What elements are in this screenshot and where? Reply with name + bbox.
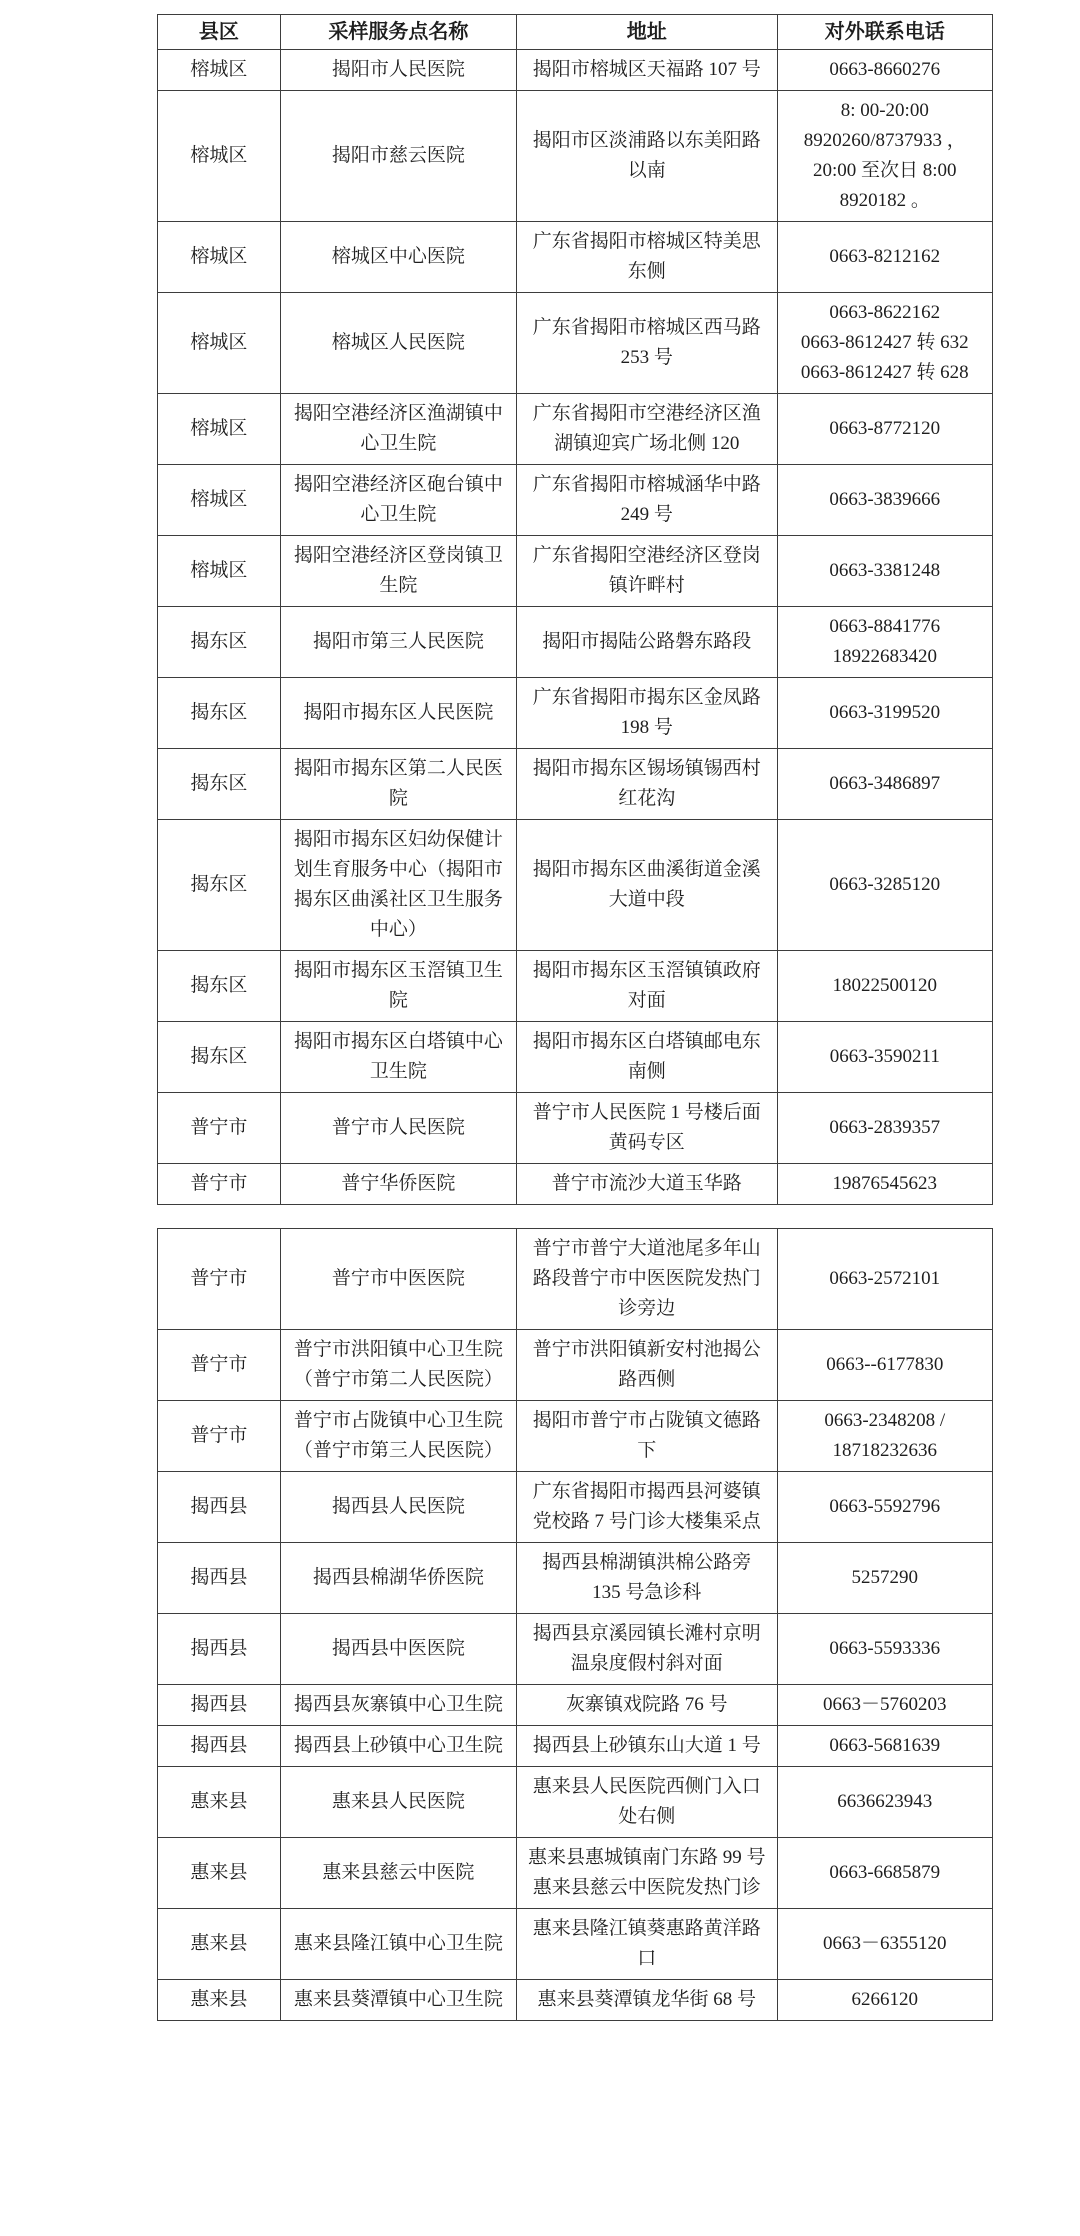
site-name-cell: 揭西县灰寨镇中心卫生院: [280, 1685, 516, 1726]
phone-cell: 19876545623: [777, 1164, 992, 1205]
site-name-cell: 揭阳空港经济区登岗镇卫生院: [280, 536, 516, 607]
table-row: 榕城区 揭阳市慈云医院 揭阳市区淡浦路以东美阳路以南 8: 00-20:00 8…: [158, 91, 993, 222]
site-name-cell: 普宁市人民医院: [280, 1093, 516, 1164]
district-cell: 揭东区: [158, 820, 281, 951]
site-name-cell: 揭西县人民医院: [280, 1472, 516, 1543]
table-row: 惠来县 惠来县隆江镇中心卫生院 惠来县隆江镇葵惠路黄洋路口 0663－63551…: [158, 1909, 993, 1980]
column-header-phone: 对外联系电话: [777, 15, 992, 50]
table-row: 惠来县 惠来县人民医院 惠来县人民医院西侧门入口处右侧 6636623943: [158, 1767, 993, 1838]
district-cell: 揭西县: [158, 1543, 281, 1614]
phone-cell: 0663-3199520: [777, 678, 992, 749]
table-row: 榕城区 榕城区中心医院 广东省揭阳市榕城区特美思东侧 0663-8212162: [158, 222, 993, 293]
site-name-cell: 揭阳市人民医院: [280, 50, 516, 91]
site-name-cell: 揭阳空港经济区砲台镇中心卫生院: [280, 465, 516, 536]
site-name-cell: 揭阳市第三人民医院: [280, 607, 516, 678]
document-page: 县区 采样服务点名称 地址 对外联系电话 榕城区 揭阳市人民医院 揭阳市榕城区天…: [0, 0, 1080, 2021]
site-name-cell: 揭西县中医医院: [280, 1614, 516, 1685]
address-cell: 普宁市普宁大道池尾多年山路段普宁市中医医院发热门诊旁边: [517, 1229, 778, 1330]
address-cell: 惠来县人民医院西侧门入口处右侧: [517, 1767, 778, 1838]
address-cell: 揭阳市区淡浦路以东美阳路以南: [517, 91, 778, 222]
site-name-cell: 揭西县上砂镇中心卫生院: [280, 1726, 516, 1767]
district-cell: 普宁市: [158, 1093, 281, 1164]
sampling-points-table-2: 普宁市 普宁市中医医院 普宁市普宁大道池尾多年山路段普宁市中医医院发热门诊旁边 …: [157, 1228, 993, 2021]
district-cell: 揭东区: [158, 1022, 281, 1093]
site-name-cell: 揭阳市揭东区玉滘镇卫生院: [280, 951, 516, 1022]
district-cell: 揭西县: [158, 1472, 281, 1543]
address-cell: 惠来县葵潭镇龙华街 68 号: [517, 1980, 778, 2021]
column-header-district: 县区: [158, 15, 281, 50]
address-cell: 普宁市人民医院 1 号楼后面黄码专区: [517, 1093, 778, 1164]
phone-cell: 0663－5760203: [777, 1685, 992, 1726]
district-cell: 榕城区: [158, 465, 281, 536]
district-cell: 揭东区: [158, 749, 281, 820]
phone-cell: 0663--6177830: [777, 1330, 992, 1401]
site-name-cell: 惠来县人民医院: [280, 1767, 516, 1838]
column-header-site-name: 采样服务点名称: [280, 15, 516, 50]
address-cell: 广东省揭阳市榕城涵华中路 249 号: [517, 465, 778, 536]
address-cell: 揭西县京溪园镇长滩村京明温泉度假村斜对面: [517, 1614, 778, 1685]
district-cell: 揭东区: [158, 607, 281, 678]
phone-cell: 0663-2348208 / 18718232636: [777, 1401, 992, 1472]
phone-cell: 0663－6355120: [777, 1909, 992, 1980]
table-row: 揭西县 揭西县上砂镇中心卫生院 揭西县上砂镇东山大道 1 号 0663-5681…: [158, 1726, 993, 1767]
address-cell: 揭阳市揭东区曲溪街道金溪大道中段: [517, 820, 778, 951]
district-cell: 揭西县: [158, 1614, 281, 1685]
site-name-cell: 榕城区人民医院: [280, 293, 516, 394]
address-cell: 揭阳市普宁市占陇镇文德路下: [517, 1401, 778, 1472]
address-cell: 揭西县上砂镇东山大道 1 号: [517, 1726, 778, 1767]
district-cell: 榕城区: [158, 50, 281, 91]
sampling-points-table-1: 县区 采样服务点名称 地址 对外联系电话 榕城区 揭阳市人民医院 揭阳市榕城区天…: [157, 14, 993, 1205]
table-row: 榕城区 揭阳空港经济区砲台镇中心卫生院 广东省揭阳市榕城涵华中路 249 号 0…: [158, 465, 993, 536]
district-cell: 榕城区: [158, 394, 281, 465]
table-row: 榕城区 榕城区人民医院 广东省揭阳市榕城区西马路 253 号 0663-8622…: [158, 293, 993, 394]
table-row: 揭东区 揭阳市揭东区玉滘镇卫生院 揭阳市揭东区玉滘镇镇政府对面 18022500…: [158, 951, 993, 1022]
phone-cell: 0663-2839357: [777, 1093, 992, 1164]
address-cell: 揭阳市揭陆公路磐东路段: [517, 607, 778, 678]
header-row: 县区 采样服务点名称 地址 对外联系电话: [158, 15, 993, 50]
table-row: 榕城区 揭阳市人民医院 揭阳市榕城区天福路 107 号 0663-8660276: [158, 50, 993, 91]
address-cell: 惠来县隆江镇葵惠路黄洋路口: [517, 1909, 778, 1980]
table-row: 普宁市 普宁市占陇镇中心卫生院（普宁市第三人民医院） 揭阳市普宁市占陇镇文德路下…: [158, 1401, 993, 1472]
district-cell: 惠来县: [158, 1980, 281, 2021]
address-cell: 惠来县惠城镇南门东路 99 号惠来县慈云中医院发热门诊: [517, 1838, 778, 1909]
address-cell: 揭阳市揭东区锡场镇锡西村红花沟: [517, 749, 778, 820]
phone-cell: 6636623943: [777, 1767, 992, 1838]
site-name-cell: 揭阳空港经济区渔湖镇中心卫生院: [280, 394, 516, 465]
address-cell: 揭西县棉湖镇洪棉公路旁 135 号急诊科: [517, 1543, 778, 1614]
phone-cell: 0663-5592796: [777, 1472, 992, 1543]
phone-cell: 0663-8212162: [777, 222, 992, 293]
phone-cell: 0663-3486897: [777, 749, 992, 820]
address-cell: 普宁市洪阳镇新安村池揭公路西侧: [517, 1330, 778, 1401]
site-name-cell: 揭阳市揭东区白塔镇中心卫生院: [280, 1022, 516, 1093]
phone-cell: 0663-3839666: [777, 465, 992, 536]
table-row: 揭西县 揭西县灰寨镇中心卫生院 灰寨镇戏院路 76 号 0663－5760203: [158, 1685, 993, 1726]
phone-cell: 0663-8841776 18922683420: [777, 607, 992, 678]
table-row: 普宁市 普宁市人民医院 普宁市人民医院 1 号楼后面黄码专区 0663-2839…: [158, 1093, 993, 1164]
site-name-cell: 揭阳市揭东区妇幼保健计划生育服务中心（揭阳市 揭东区曲溪社区卫生服务中心）: [280, 820, 516, 951]
address-cell: 广东省揭阳市榕城区西马路 253 号: [517, 293, 778, 394]
table-row: 揭东区 揭阳市揭东区第二人民医院 揭阳市揭东区锡场镇锡西村红花沟 0663-34…: [158, 749, 993, 820]
site-name-cell: 普宁市占陇镇中心卫生院（普宁市第三人民医院）: [280, 1401, 516, 1472]
site-name-cell: 揭阳市揭东区人民医院: [280, 678, 516, 749]
table-2-body: 普宁市 普宁市中医医院 普宁市普宁大道池尾多年山路段普宁市中医医院发热门诊旁边 …: [158, 1229, 993, 2021]
table-row: 揭东区 揭阳市揭东区人民医院 广东省揭阳市揭东区金凤路 198 号 0663-3…: [158, 678, 993, 749]
phone-cell: 0663-3285120: [777, 820, 992, 951]
address-cell: 灰寨镇戏院路 76 号: [517, 1685, 778, 1726]
district-cell: 榕城区: [158, 293, 281, 394]
phone-cell: 8: 00-20:00 8920260/8737933 ， 20:00 至次日 …: [777, 91, 992, 222]
phone-cell: 0663-8772120: [777, 394, 992, 465]
phone-cell: 6266120: [777, 1980, 992, 2021]
table-row: 榕城区 揭阳空港经济区渔湖镇中心卫生院 广东省揭阳市空港经济区渔湖镇迎宾广场北侧…: [158, 394, 993, 465]
district-cell: 普宁市: [158, 1401, 281, 1472]
site-name-cell: 普宁华侨医院: [280, 1164, 516, 1205]
site-name-cell: 榕城区中心医院: [280, 222, 516, 293]
address-cell: 广东省揭阳市揭西县河婆镇党校路 7 号门诊大楼集采点: [517, 1472, 778, 1543]
phone-cell: 0663-3590211: [777, 1022, 992, 1093]
phone-cell: 0663-5593336: [777, 1614, 992, 1685]
phone-cell: 5257290: [777, 1543, 992, 1614]
site-name-cell: 揭阳市揭东区第二人民医院: [280, 749, 516, 820]
table-row: 揭西县 揭西县中医医院 揭西县京溪园镇长滩村京明温泉度假村斜对面 0663-55…: [158, 1614, 993, 1685]
district-cell: 惠来县: [158, 1767, 281, 1838]
table-row: 揭东区 揭阳市揭东区妇幼保健计划生育服务中心（揭阳市 揭东区曲溪社区卫生服务中心…: [158, 820, 993, 951]
district-cell: 普宁市: [158, 1330, 281, 1401]
district-cell: 惠来县: [158, 1838, 281, 1909]
site-name-cell: 普宁市洪阳镇中心卫生院（普宁市第二人民医院）: [280, 1330, 516, 1401]
phone-cell: 0663-8660276: [777, 50, 992, 91]
table-1-body: 榕城区 揭阳市人民医院 揭阳市榕城区天福路 107 号 0663-8660276…: [158, 50, 993, 1205]
district-cell: 榕城区: [158, 222, 281, 293]
phone-cell: 0663-6685879: [777, 1838, 992, 1909]
table-row: 普宁市 普宁市洪阳镇中心卫生院（普宁市第二人民医院） 普宁市洪阳镇新安村池揭公路…: [158, 1330, 993, 1401]
table-row: 揭东区 揭阳市第三人民医院 揭阳市揭陆公路磐东路段 0663-8841776 1…: [158, 607, 993, 678]
address-cell: 广东省揭阳空港经济区登岗镇许畔村: [517, 536, 778, 607]
phone-cell: 0663-3381248: [777, 536, 992, 607]
table-row: 揭东区 揭阳市揭东区白塔镇中心卫生院 揭阳市揭东区白塔镇邮电东南侧 0663-3…: [158, 1022, 993, 1093]
site-name-cell: 普宁市中医医院: [280, 1229, 516, 1330]
phone-cell: 0663-2572101: [777, 1229, 992, 1330]
site-name-cell: 揭西县棉湖华侨医院: [280, 1543, 516, 1614]
address-cell: 广东省揭阳市揭东区金凤路 198 号: [517, 678, 778, 749]
address-cell: 广东省揭阳市榕城区特美思东侧: [517, 222, 778, 293]
column-header-address: 地址: [517, 15, 778, 50]
site-name-cell: 揭阳市慈云医院: [280, 91, 516, 222]
phone-cell: 0663-5681639: [777, 1726, 992, 1767]
district-cell: 榕城区: [158, 91, 281, 222]
table-row: 揭西县 揭西县人民医院 广东省揭阳市揭西县河婆镇党校路 7 号门诊大楼集采点 0…: [158, 1472, 993, 1543]
table-row: 普宁市 普宁市中医医院 普宁市普宁大道池尾多年山路段普宁市中医医院发热门诊旁边 …: [158, 1229, 993, 1330]
table-row: 揭西县 揭西县棉湖华侨医院 揭西县棉湖镇洪棉公路旁 135 号急诊科 52572…: [158, 1543, 993, 1614]
table-row: 榕城区 揭阳空港经济区登岗镇卫生院 广东省揭阳空港经济区登岗镇许畔村 0663-…: [158, 536, 993, 607]
address-cell: 揭阳市榕城区天福路 107 号: [517, 50, 778, 91]
district-cell: 普宁市: [158, 1229, 281, 1330]
site-name-cell: 惠来县隆江镇中心卫生院: [280, 1909, 516, 1980]
site-name-cell: 惠来县葵潭镇中心卫生院: [280, 1980, 516, 2021]
address-cell: 揭阳市揭东区玉滘镇镇政府对面: [517, 951, 778, 1022]
table-row: 惠来县 惠来县慈云中医院 惠来县惠城镇南门东路 99 号惠来县慈云中医院发热门诊…: [158, 1838, 993, 1909]
district-cell: 揭西县: [158, 1685, 281, 1726]
phone-cell: 18022500120: [777, 951, 992, 1022]
address-cell: 广东省揭阳市空港经济区渔湖镇迎宾广场北侧 120: [517, 394, 778, 465]
table-row: 普宁市 普宁华侨医院 普宁市流沙大道玉华路 19876545623: [158, 1164, 993, 1205]
table-row: 惠来县 惠来县葵潭镇中心卫生院 惠来县葵潭镇龙华街 68 号 6266120: [158, 1980, 993, 2021]
district-cell: 揭西县: [158, 1726, 281, 1767]
site-name-cell: 惠来县慈云中医院: [280, 1838, 516, 1909]
district-cell: 揭东区: [158, 951, 281, 1022]
district-cell: 揭东区: [158, 678, 281, 749]
district-cell: 普宁市: [158, 1164, 281, 1205]
district-cell: 榕城区: [158, 536, 281, 607]
address-cell: 揭阳市揭东区白塔镇邮电东南侧: [517, 1022, 778, 1093]
phone-cell: 0663-8622162 0663-8612427 转 632 0663-861…: [777, 293, 992, 394]
district-cell: 惠来县: [158, 1909, 281, 1980]
address-cell: 普宁市流沙大道玉华路: [517, 1164, 778, 1205]
